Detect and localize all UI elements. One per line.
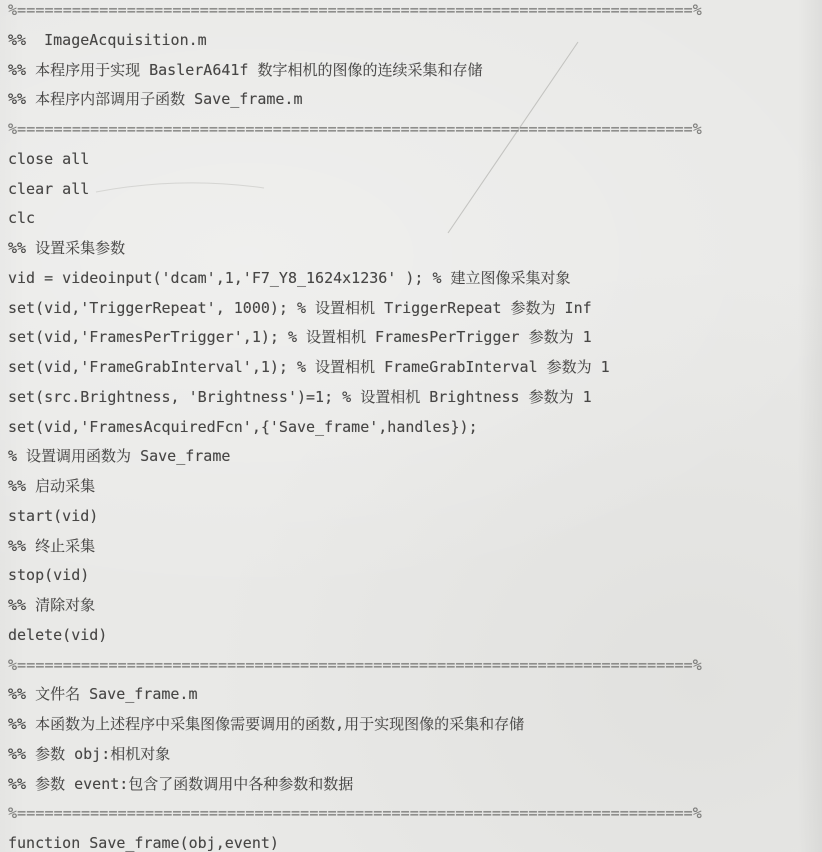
code-line: set(vid,'FrameGrabInterval',1); % 设置相机 F… bbox=[8, 353, 822, 383]
code-line: set(vid,'FramesAcquiredFcn',{'Save_frame… bbox=[8, 413, 822, 443]
code-listing: %=======================================… bbox=[8, 0, 822, 852]
code-line: function Save_frame(obj,event) bbox=[8, 829, 822, 852]
scanned-code-page: %=======================================… bbox=[0, 0, 822, 852]
code-line: %% 终止采集 bbox=[8, 532, 822, 562]
code-line-divider: %=======================================… bbox=[8, 651, 822, 681]
code-line: %% 本程序用于实现 BaslerA641f 数字相机的图像的连续采集和存储 bbox=[8, 56, 822, 86]
code-line: %% 本程序内部调用子函数 Save_frame.m bbox=[8, 85, 822, 115]
code-line: % 设置调用函数为 Save_frame bbox=[8, 442, 822, 472]
code-line-divider: %=======================================… bbox=[8, 799, 822, 829]
code-line: delete(vid) bbox=[8, 621, 822, 651]
code-line: set(vid,'TriggerRepeat', 1000); % 设置相机 T… bbox=[8, 294, 822, 324]
code-line: clc bbox=[8, 204, 822, 234]
code-line: set(src.Brightness, 'Brightness')=1; % 设… bbox=[8, 383, 822, 413]
code-line: %% 参数 event:包含了函数调用中各种参数和数据 bbox=[8, 770, 822, 800]
code-line: %% 设置采集参数 bbox=[8, 234, 822, 264]
code-line: clear all bbox=[8, 175, 822, 205]
code-line: vid = videoinput('dcam',1,'F7_Y8_1624x12… bbox=[8, 264, 822, 294]
code-line: set(vid,'FramesPerTrigger',1); % 设置相机 Fr… bbox=[8, 323, 822, 353]
code-line: %% 参数 obj:相机对象 bbox=[8, 740, 822, 770]
code-line: %% 文件名 Save_frame.m bbox=[8, 680, 822, 710]
code-line: %% ImageAcquisition.m bbox=[8, 26, 822, 56]
code-line: %% 清除对象 bbox=[8, 591, 822, 621]
code-line: close all bbox=[8, 145, 822, 175]
code-line: stop(vid) bbox=[8, 561, 822, 591]
code-line-divider: %=======================================… bbox=[8, 0, 822, 26]
code-line: %% 启动采集 bbox=[8, 472, 822, 502]
code-line: start(vid) bbox=[8, 502, 822, 532]
code-line-divider: %=======================================… bbox=[8, 115, 822, 145]
code-line: %% 本函数为上述程序中采集图像需要调用的函数,用于实现图像的采集和存储 bbox=[8, 710, 822, 740]
